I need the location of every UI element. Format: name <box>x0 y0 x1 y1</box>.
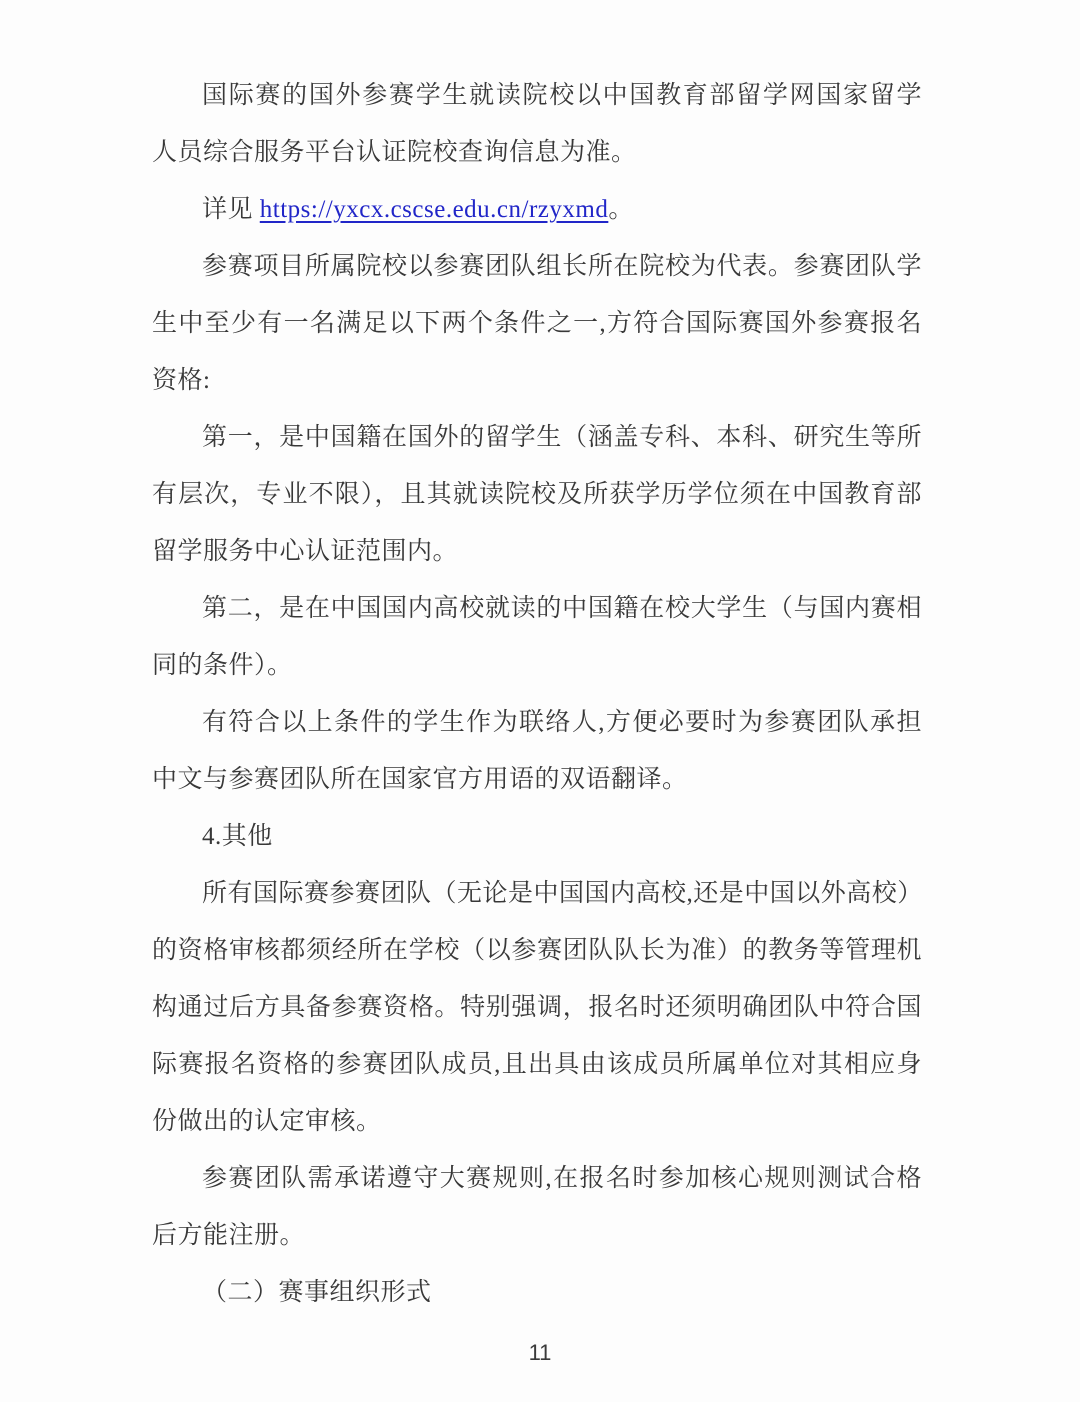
text-line: 参赛团队需承诺遵守大赛规则,在报名时参加核心规则测试合格 <box>152 1150 922 1207</box>
text-line: 有符合以上条件的学生作为联络人,方便必要时为参赛团队承担 <box>152 694 922 751</box>
text-line: 际赛报名资格的参赛团队成员,且出具由该成员所属单位对其相应身 <box>152 1036 922 1093</box>
section-heading-other: 4.其他 <box>152 808 922 865</box>
text-line: 有层次，专业不限），且其就读院校及所获学历学位须在中国教育部 <box>152 466 922 523</box>
text-line: 同的条件）。 <box>152 637 922 694</box>
text-line: 留学服务中心认证范围内。 <box>152 523 922 580</box>
text-line: 的资格审核都须经所在学校（以参赛团队队长为准）的教务等管理机 <box>152 922 922 979</box>
text-line: 生中至少有一名满足以下两个条件之一,方符合国际赛国外参赛报名 <box>152 295 922 352</box>
text-line: 人员综合服务平台认证院校查询信息为准。 <box>152 124 922 181</box>
link-line-suffix: 。 <box>608 196 634 223</box>
text-line: 中文与参赛团队所在国家官方用语的双语翻译。 <box>152 751 922 808</box>
text-line: 份做出的认定审核。 <box>152 1093 922 1150</box>
link-line-prefix: 详见 <box>202 196 260 223</box>
link-line: 详见 https://yxcx.cscse.edu.cn/rzyxmd。 <box>152 181 922 238</box>
page-number: 11 <box>0 1340 1080 1366</box>
text-line: 第一，是中国籍在国外的留学生（涵盖专科、本科、研究生等所 <box>152 409 922 466</box>
text-line: 国际赛的国外参赛学生就读院校以中国教育部留学网国家留学 <box>152 67 922 124</box>
text-line: 后方能注册。 <box>152 1207 922 1264</box>
document-body: 国际赛的国外参赛学生就读院校以中国教育部留学网国家留学 人员综合服务平台认证院校… <box>152 67 922 1321</box>
external-link[interactable]: https://yxcx.cscse.edu.cn/rzyxmd <box>260 196 609 223</box>
section-heading-organization: （二）赛事组织形式 <box>152 1264 922 1321</box>
text-line: 参赛项目所属院校以参赛团队组长所在院校为代表。参赛团队学 <box>152 238 922 295</box>
text-line: 所有国际赛参赛团队（无论是中国国内高校,还是中国以外高校） <box>152 865 922 922</box>
text-line: 第二，是在中国国内高校就读的中国籍在校大学生（与国内赛相 <box>152 580 922 637</box>
document-page: 国际赛的国外参赛学生就读院校以中国教育部留学网国家留学 人员综合服务平台认证院校… <box>0 0 1080 1402</box>
text-line: 资格: <box>152 352 922 409</box>
text-line: 构通过后方具备参赛资格。特别强调，报名时还须明确团队中符合国 <box>152 979 922 1036</box>
